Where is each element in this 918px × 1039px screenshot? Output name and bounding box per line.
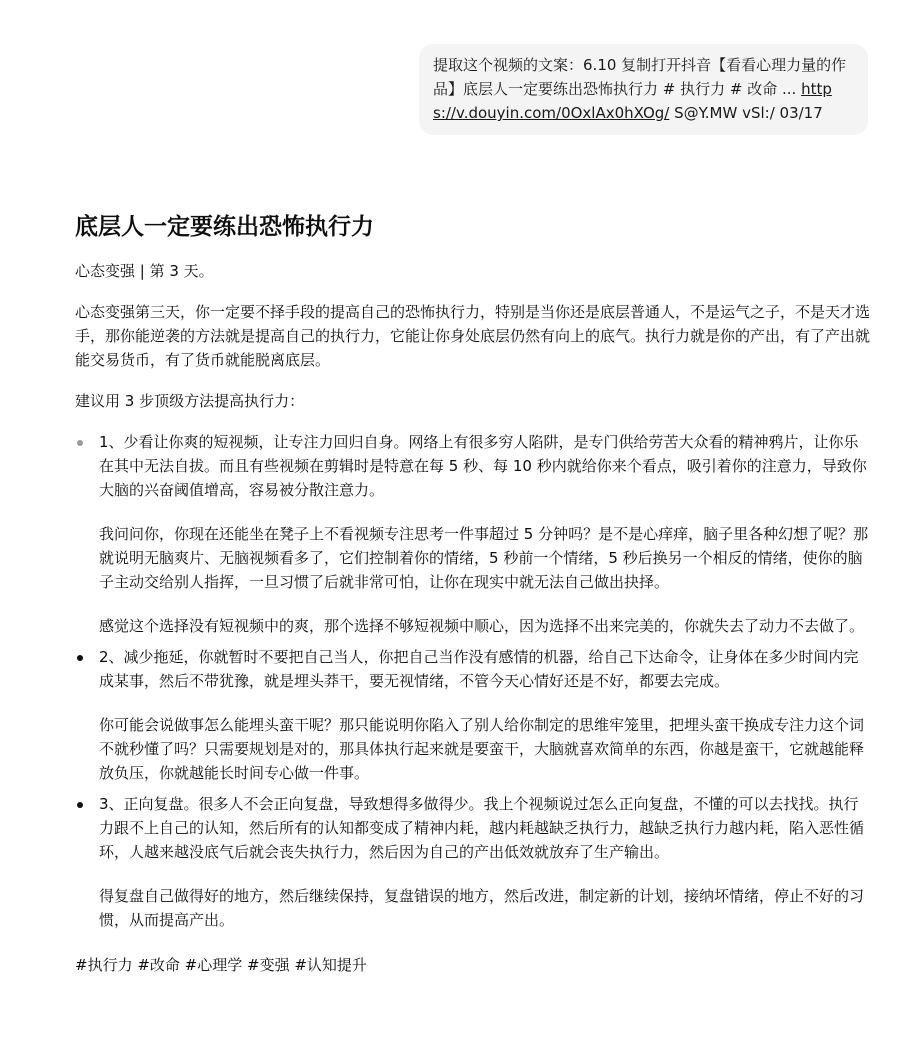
step-3-paragraph-1: 3、正向复盘。很多人不会正向复盘，导致想得多做得少。我上个视频说过怎么正向复盘，… [99,792,870,864]
assistant-response: 底层人一定要练出恐怖执行力 心态变强 | 第 3 天。 心态变强第三天，你一定要… [75,210,870,977]
step-2-paragraph-1: 2、减少拖延，你就暂时不要把自己当人，你把自己当作没有感情的机器，给自己下达命令… [99,645,870,693]
step-item-1: 1、少看让你爽的短视频，让专注力回归自身。网络上有很多穷人陷阱，是专门供给劳苦大… [75,430,870,638]
bullet-icon [77,655,83,661]
bullet-icon [77,802,83,808]
user-message-bubble: 提取这个视频的文案：6.10 复制打开抖音【看看心理力量的作品】底层人一定要练出… [419,44,868,135]
bullet-icon [77,440,83,446]
step-3-paragraph-2: 得复盘自己做得好的地方，然后继续保持，复盘错误的地方，然后改进，制定新的计划，接… [99,884,870,932]
step-item-2: 2、减少拖延，你就暂时不要把自己当人，你把自己当作没有感情的机器，给自己下达命令… [75,645,870,785]
steps-list: 1、少看让你爽的短视频，让专注力回归自身。网络上有很多穷人陷阱，是专门供给劳苦大… [75,430,870,932]
step-1-paragraph-1: 1、少看让你爽的短视频，让专注力回归自身。网络上有很多穷人陷阱，是专门供给劳苦大… [99,430,870,502]
step-2-paragraph-2: 你可能会说做事怎么能埋头蛮干呢？那只能说明你陷入了别人给你制定的思维牢笼里，把埋… [99,713,870,785]
response-meta: 心态变强 | 第 3 天。 [75,259,870,283]
step-item-3: 3、正向复盘。很多人不会正向复盘，导致想得多做得少。我上个视频说过怎么正向复盘，… [75,792,870,932]
step-1-paragraph-2: 我问问你，你现在还能坐在凳子上不看视频专注思考一件事超过 5 分钟吗？是不是心痒… [99,522,870,594]
user-message-suffix: S@Y.MW vSl:/ 03/17 [669,104,822,122]
hashtags: #执行力 #改命 #心理学 #变强 #认知提升 [75,953,870,977]
response-title: 底层人一定要练出恐怖执行力 [75,210,870,244]
intro-paragraph: 心态变强第三天，你一定要不择手段的提高自己的恐怖执行力，特别是当你还是底层普通人… [75,300,870,372]
user-message-row: 提取这个视频的文案：6.10 复制打开抖音【看看心理力量的作品】底层人一定要练出… [419,44,868,135]
lead-paragraph: 建议用 3 步顶级方法提高执行力： [75,389,870,413]
user-message-text: 提取这个视频的文案：6.10 复制打开抖音【看看心理力量的作品】底层人一定要练出… [433,56,846,98]
step-1-paragraph-3: 感觉这个选择没有短视频中的爽，那个选择不够短视频中顺心，因为选择不出来完美的，你… [99,614,870,638]
